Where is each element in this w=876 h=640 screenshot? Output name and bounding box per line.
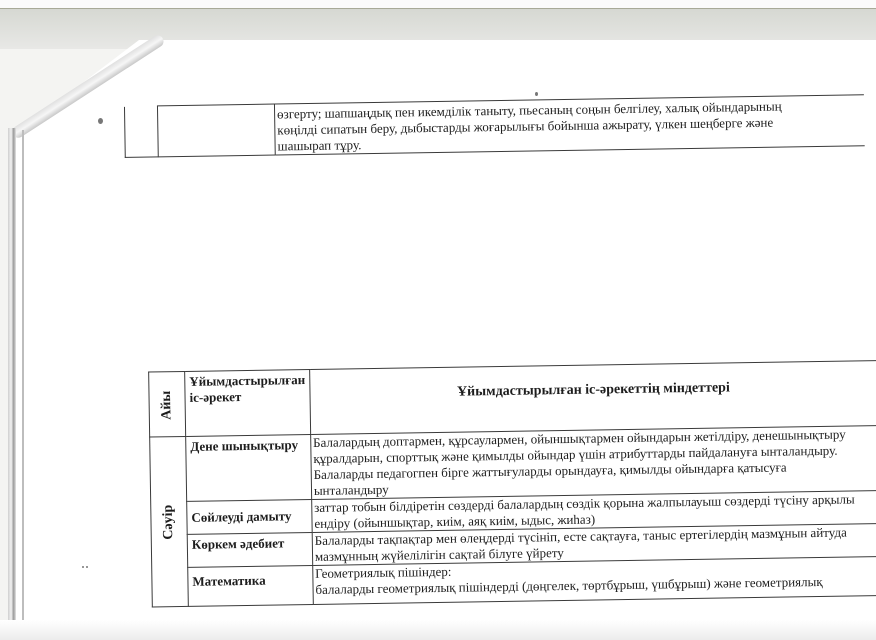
- month-cell: Сәуір: [150, 436, 189, 607]
- table-row: Сәуір Дене шынықтыру Балалардың доптарме…: [150, 426, 876, 502]
- curriculum-table: Айы Ұйымдастырылған іс-әрекет Ұйымдастыр…: [148, 360, 876, 607]
- activity-cell: Математика: [188, 565, 313, 606]
- continuation-table: өзгерту; шапшаңдық пен икемділік таныту,…: [124, 94, 865, 158]
- activity-cell: Сөйлеуді дамыту: [187, 499, 312, 534]
- month-value: Сәуір: [161, 505, 178, 540]
- tasks-cell: Балалардың доптармен, құрсаулармен, ойын…: [310, 426, 876, 500]
- activity-cell: [157, 104, 275, 157]
- month-cell: [124, 106, 158, 158]
- month-header: Айы: [159, 390, 175, 419]
- activity-cell: Көркем әдебиет: [187, 532, 312, 567]
- tasks-header: Ұйымдастырылған іс-әрекеттің міндеттері: [309, 361, 876, 435]
- tasks-cell: Геометриялық пішіндер: балаларды геометр…: [313, 557, 876, 605]
- tasks-cell: өзгерту; шапшаңдық пен икемділік таныту,…: [274, 95, 864, 155]
- table-row: өзгерту; шапшаңдық пен икемділік таныту,…: [124, 95, 864, 158]
- activity-cell: Дене шынықтыру: [186, 434, 312, 501]
- document-content: өзгерту; шапшаңдық пен икемділік таныту,…: [0, 0, 876, 640]
- table-header-row: Айы Ұйымдастырылған іс-әрекет Ұйымдастыр…: [149, 361, 876, 437]
- month-header-cell: Айы: [149, 371, 186, 437]
- activity-header: Ұйымдастырылған іс-әрекет: [185, 369, 311, 436]
